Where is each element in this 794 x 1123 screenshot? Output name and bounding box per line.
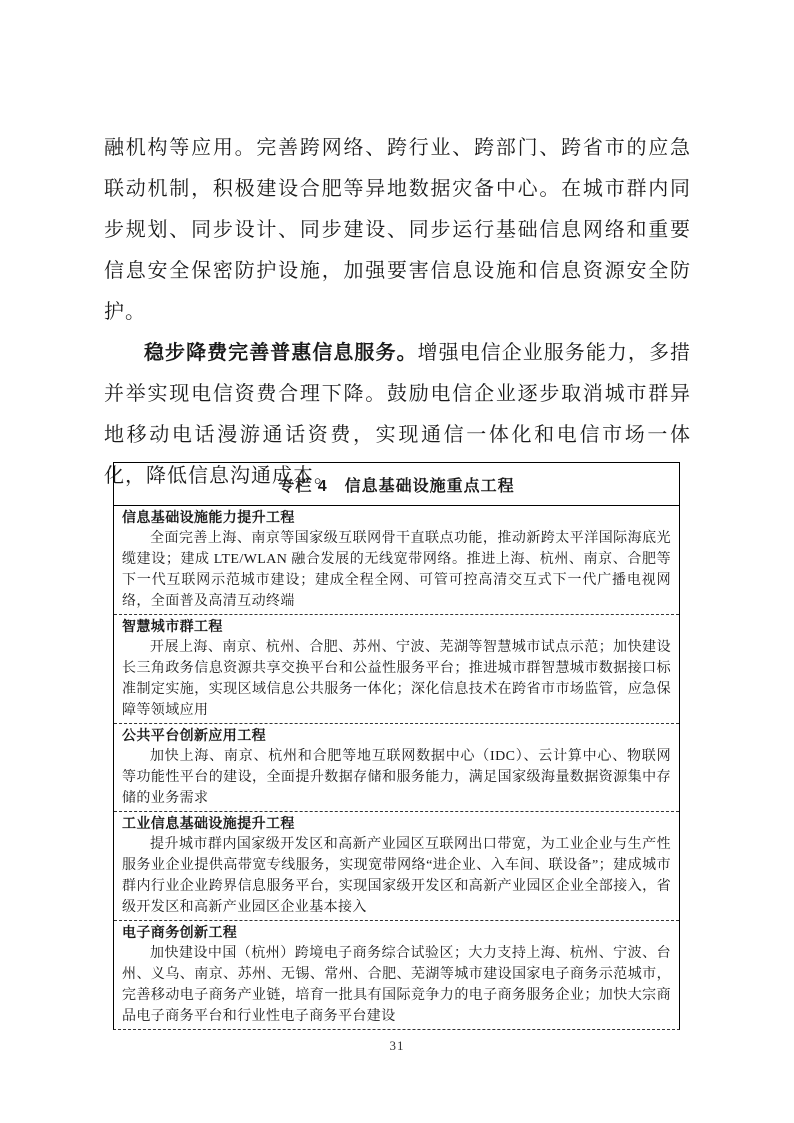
paragraph-text: 融机构等应用。完善跨网络、跨行业、跨部门、跨省市的应急联动机制，积极建设合肥等异…	[104, 137, 691, 323]
section-body: 全面完善上海、南京等国家级互联网骨干直联点功能，推动新跨太平洋国际海底光缆建设；…	[122, 528, 671, 612]
section-body: 提升城市群内国家级开发区和高新产业园区互联网出口带宽，为工业企业与生产性服务业企…	[122, 834, 671, 918]
document-page: 融机构等应用。完善跨网络、跨行业、跨部门、跨省市的应急联动机制，积极建设合肥等异…	[0, 0, 794, 1123]
page-number: 31	[0, 1038, 794, 1054]
paragraph-bold-lead: 稳步降费完善普惠信息服务。	[144, 342, 418, 364]
box-section-info-infrastructure: 信息基础设施能力提升工程 全面完善上海、南京等国家级互联网骨干直联点功能，推动新…	[114, 506, 679, 615]
section-body: 加快建设中国（杭州）跨境电子商务综合试验区；大力支持上海、杭州、宁波、台州、义乌…	[122, 943, 671, 1027]
box-section-public-platform: 公共平台创新应用工程 加快上海、南京、杭州和合肥等地互联网数据中心（IDC）、云…	[114, 724, 679, 812]
box-section-ecommerce: 电子商务创新工程 加快建设中国（杭州）跨境电子商务综合试验区；大力支持上海、杭州…	[114, 921, 679, 1029]
section-title: 信息基础设施能力提升工程	[122, 507, 671, 528]
section-title: 工业信息基础设施提升工程	[122, 813, 671, 834]
box-section-smart-city-cluster: 智慧城市群工程 开展上海、南京、杭州、合肥、苏州、宁波、芜湖等智慧城市试点示范；…	[114, 615, 679, 724]
section-title: 电子商务创新工程	[122, 922, 671, 943]
section-title: 公共平台创新应用工程	[122, 725, 671, 746]
section-body: 开展上海、南京、杭州、合肥、苏州、宁波、芜湖等智慧城市试点示范；加快建设长三角政…	[122, 637, 671, 721]
box-section-industrial-info: 工业信息基础设施提升工程 提升城市群内国家级开发区和高新产业园区互联网出口带宽，…	[114, 812, 679, 921]
body-text-block: 融机构等应用。完善跨网络、跨行业、跨部门、跨省市的应急联动机制，积极建设合肥等异…	[104, 128, 691, 497]
feature-box-column4: 专栏 4 信息基础设施重点工程 信息基础设施能力提升工程 全面完善上海、南京等国…	[113, 462, 680, 1030]
section-body: 加快上海、南京、杭州和合肥等地互联网数据中心（IDC）、云计算中心、物联网等功能…	[122, 746, 671, 809]
paragraph-continuation: 融机构等应用。完善跨网络、跨行业、跨部门、跨省市的应急联动机制，积极建设合肥等异…	[104, 128, 691, 333]
section-title: 智慧城市群工程	[122, 616, 671, 637]
feature-box-title: 专栏 4 信息基础设施重点工程	[114, 463, 679, 506]
